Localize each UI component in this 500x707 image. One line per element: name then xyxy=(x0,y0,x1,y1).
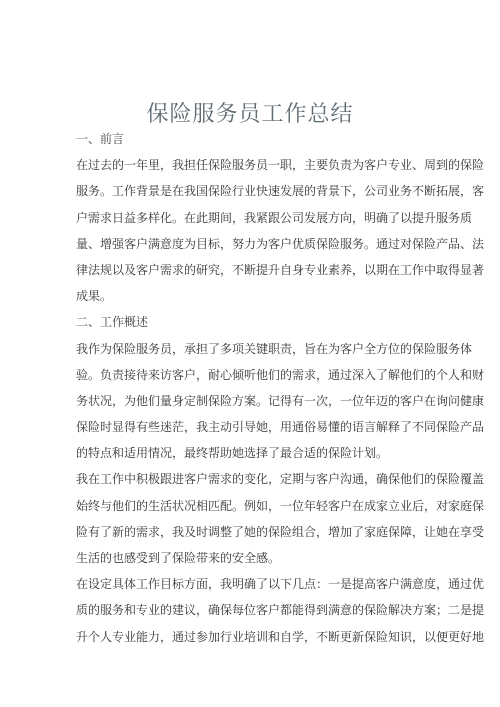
document-body: 一、前言 在过去的一年里，我担任保险服务员一职，主要负责为客户专业、周到的保险 … xyxy=(76,126,426,650)
paragraph-line: 升个人专业能力，通过参加行业培训和自学，不断更新保险知识，以便更好地 xyxy=(76,624,426,650)
document-title: 保险服务员工作总结 xyxy=(0,97,500,128)
paragraph-line: 律法规以及客户需求的研究，不断提升自身专业素养，以期在工作中取得显著 xyxy=(76,257,426,283)
paragraph-line: 我作为保险服务员，承担了多项关键职责，旨在为客户全方位的保险服务体 xyxy=(76,336,426,362)
paragraph-line: 保险时显得有些迷茫，我主动引导她，用通俗易懂的语言解释了不同保险产品 xyxy=(76,414,426,440)
paragraph-line: 在过去的一年里，我担任保险服务员一职，主要负责为客户专业、周到的保险 xyxy=(76,152,426,178)
paragraph-line: 生活的也感受到了保险带来的安全感。 xyxy=(76,545,426,571)
paragraph-line: 成果。 xyxy=(76,283,426,309)
paragraph-line: 的特点和适用情况，最终帮助她选择了最合适的保险计划。 xyxy=(76,440,426,466)
paragraph-line: 在设定具体工作目标方面，我明确了以下几点：一是提高客户满意度，通过优 xyxy=(76,571,426,597)
paragraph-line: 服务。工作背景是在我国保险行业快速发展的背景下，公司业务不断拓展，客 xyxy=(76,178,426,204)
paragraph-line: 务状况，为他们量身定制保险方案。记得有一次，一位年迈的客户在询问健康 xyxy=(76,388,426,414)
section-heading-preface: 一、前言 xyxy=(76,126,426,152)
paragraph-line: 验。负责接待来访客户，耐心倾听他们的需求，通过深入了解他们的个人和财 xyxy=(76,362,426,388)
section-heading-overview: 二、工作概述 xyxy=(76,309,426,335)
paragraph-line: 始终与他们的生活状况相匹配。例如，一位年轻客户在成家立业后，对家庭保 xyxy=(76,493,426,519)
paragraph-line: 险有了新的需求，我及时调整了她的保险组合，增加了家庭保障，让她在享受 xyxy=(76,519,426,545)
paragraph-line: 质的服务和专业的建议，确保每位客户都能得到满意的保险解决方案；二是提 xyxy=(76,597,426,623)
document-page: 保险服务员工作总结 一、前言 在过去的一年里，我担任保险服务员一职，主要负责为客… xyxy=(0,0,500,707)
paragraph-line: 量、增强客户满意度为目标，努力为客户优质保险服务。通过对保险产品、法 xyxy=(76,231,426,257)
paragraph-line: 户需求日益多样化。在此期间，我紧跟公司发展方向，明确了以提升服务质 xyxy=(76,205,426,231)
paragraph-line: 我在工作中积极跟进客户需求的变化，定期与客户沟通，确保他们的保险覆盖 xyxy=(76,466,426,492)
